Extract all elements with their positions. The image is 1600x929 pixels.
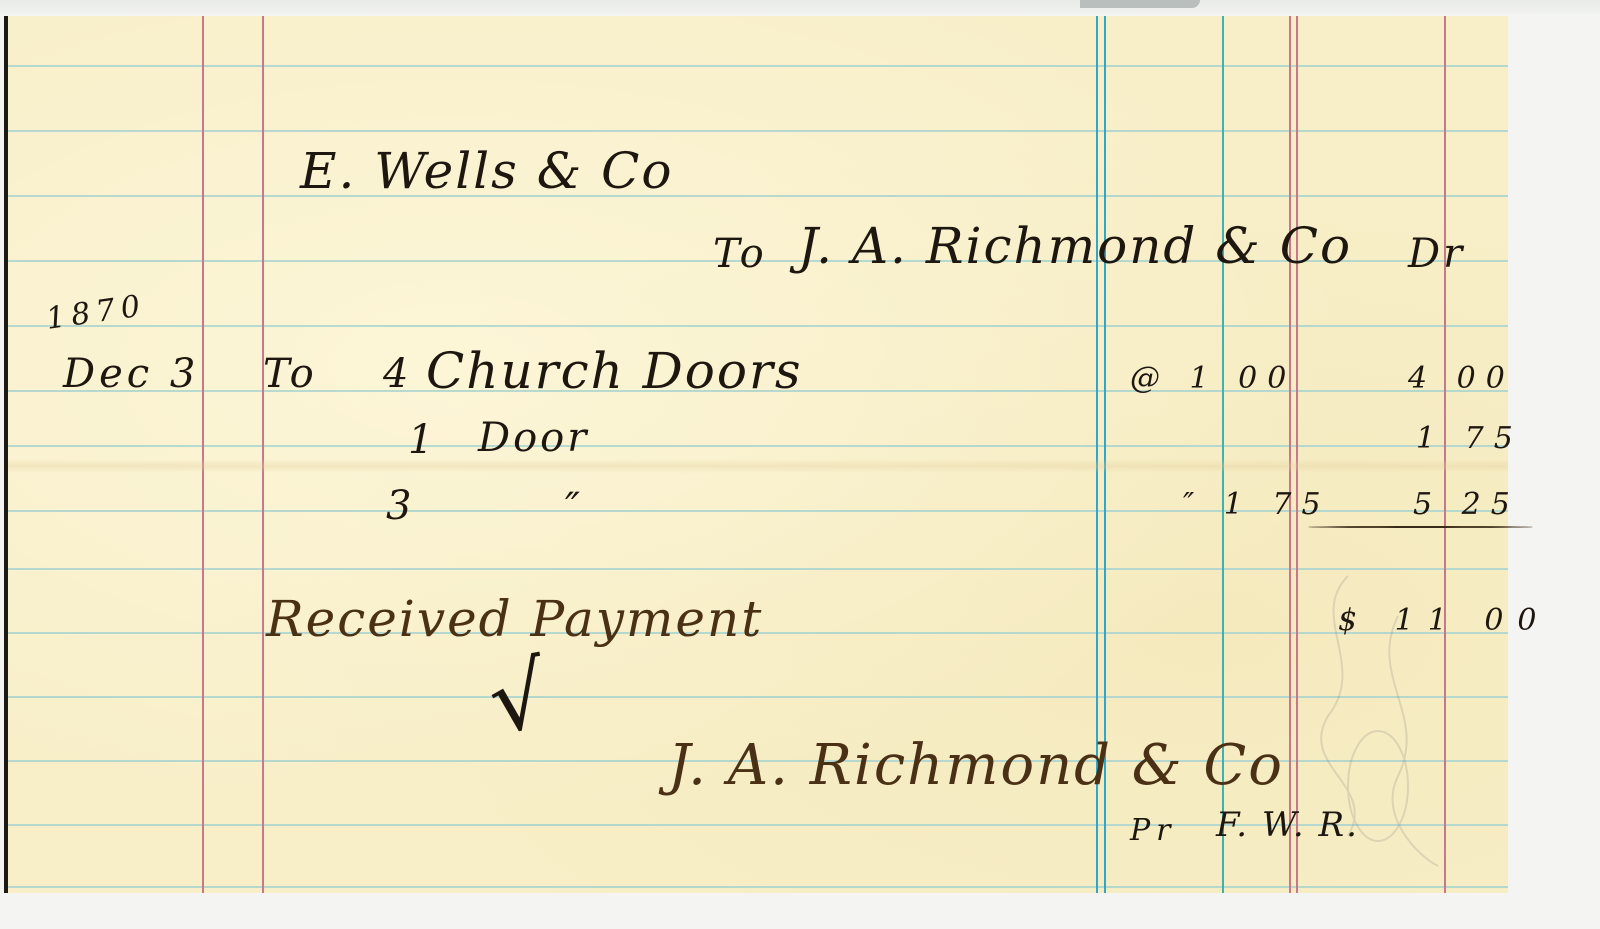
line-item-amount: 5 25 [1413,490,1520,520]
line-item-prefix: To [263,354,317,394]
paper-fold-crease [8,459,1508,473]
margin-rule [202,16,204,893]
line-item-description: Church Doors [426,346,803,396]
line-item-qty: 3 [386,486,414,526]
creditor-name: J. A. Richmond & Co [798,221,1352,271]
received-payment-text: Received Payment [266,594,763,644]
line-item-rate: ″ 1 75 [1183,490,1331,520]
ruled-line [8,325,1508,327]
ruled-line [8,195,1508,197]
paper-clip-shadow [1080,0,1200,8]
ruled-line [8,130,1508,132]
ruled-line [8,445,1508,447]
to-label: To [713,234,767,274]
line-item-amount: 1 75 [1416,424,1523,454]
line-item-amount: 4 00 [1408,364,1515,394]
per-label: Pr [1130,816,1177,846]
debtor-name: E. Wells & Co [300,146,674,196]
ditto-mark: ″ [565,488,583,528]
line-item-qty: 4 [383,354,411,394]
ruled-line [8,65,1508,67]
year: 1870 [44,291,148,335]
line-item-qty: 1 [408,420,436,460]
line-item-description: Door [478,418,589,458]
bleed-through-marks [1228,556,1488,876]
ruled-line [8,886,1508,888]
debit-label: Dr [1408,234,1465,274]
scan-top-edge [0,0,1600,14]
signature: J. A. Richmond & Co [668,738,1284,794]
checkmark-icon: √ [483,650,555,749]
margin-rule [262,16,264,893]
invoice-paper: E. Wells & Co To J. A. Richmond & Co Dr … [8,16,1508,893]
line-item-rate: @ 1 00 [1130,364,1296,394]
sum-underline [1308,526,1533,528]
date: Dec 3 [63,354,199,394]
